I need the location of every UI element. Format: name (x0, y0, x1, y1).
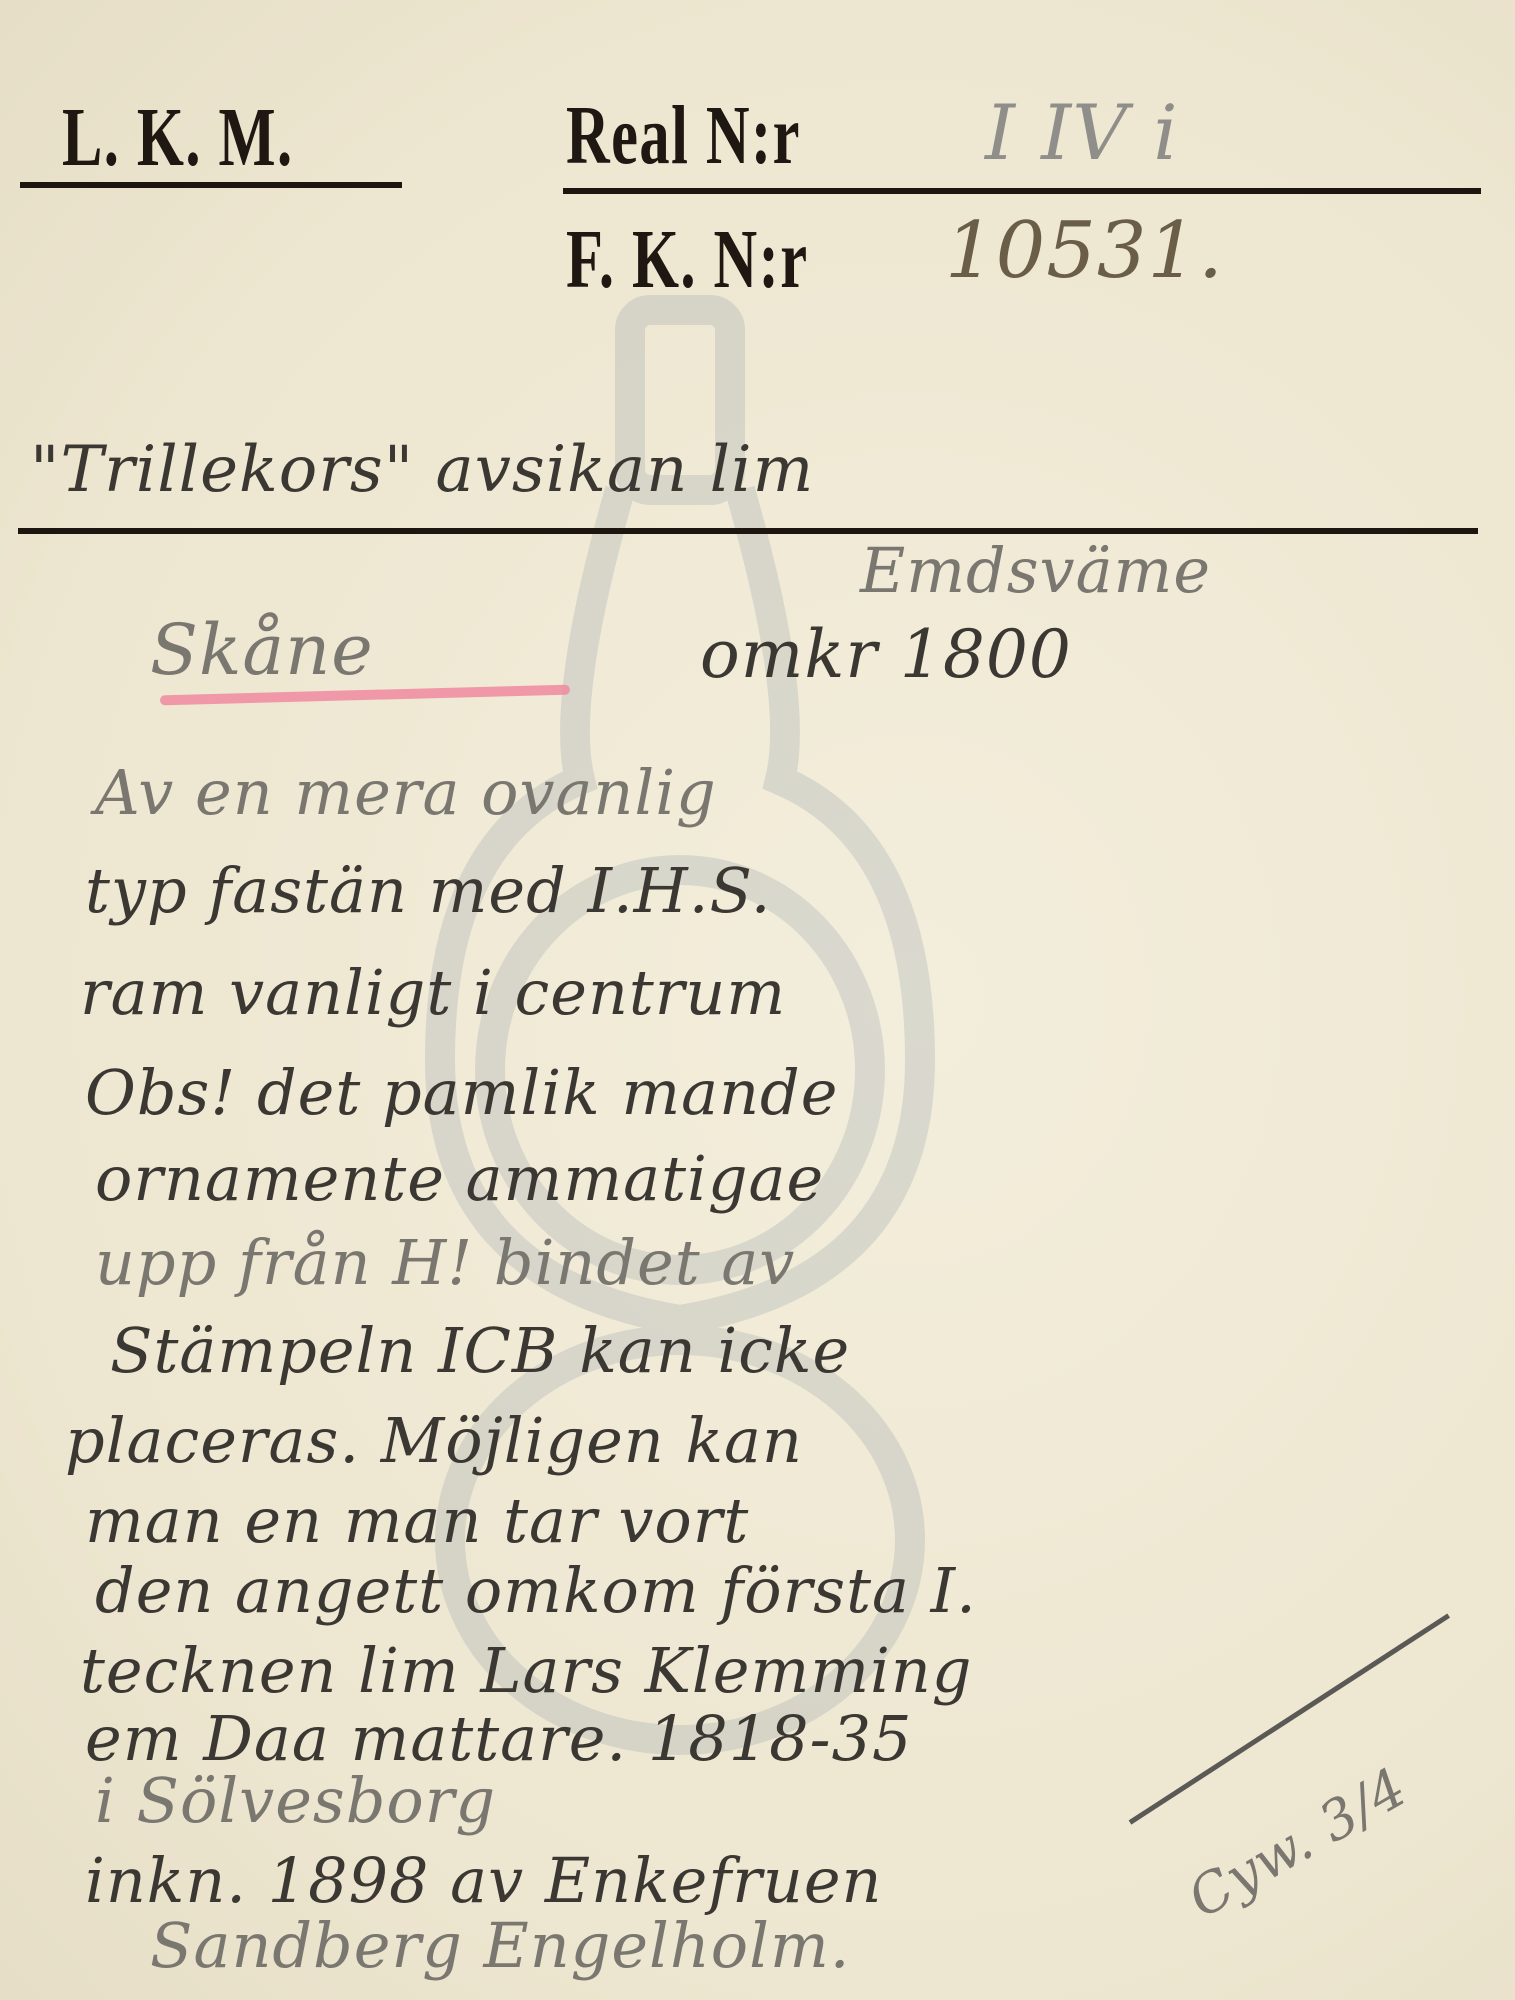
body-line: upp från H! bindet av (95, 1232, 795, 1294)
title-rule (18, 528, 1478, 534)
object-title-continued: Emdsväme (860, 540, 1211, 602)
date-label: omkr 1800 (700, 622, 1072, 688)
signature: Cyw. 3/4 (1180, 1760, 1416, 1927)
body-line: typ fastän med I.H.S. (85, 860, 771, 922)
body-line: em Daa mattare. 1818-35 (85, 1708, 912, 1770)
fk-nr-value: 10531. (945, 212, 1224, 290)
body-line: man en man tar vort (85, 1490, 749, 1552)
header-rule-left (20, 182, 402, 188)
acquisition-line: Sandberg Engelholm. (150, 1915, 850, 1977)
real-nr-label: Real N:r (566, 94, 801, 178)
real-nr-value: I IV i (985, 95, 1179, 171)
body-line: tecknen lim Lars Klemming (80, 1640, 973, 1702)
header-rule-right (563, 188, 1481, 194)
place-label: Skåne (150, 615, 374, 685)
body-line: den angett omkom första I. (95, 1560, 977, 1622)
museum-abbrev: L. K. M. (62, 96, 294, 180)
fk-nr-label: F. K. N:r (566, 218, 809, 302)
body-line: Obs! det pamlik mande (85, 1062, 838, 1124)
catalogue-card: L. K. M. Real N:r I IV i F. K. N:r 10531… (0, 0, 1515, 2000)
body-line: ram vanligt i centrum (80, 962, 786, 1024)
acquisition-line: inkn. 1898 av Enkefruen (85, 1850, 882, 1912)
body-line: i Sölvesborg (95, 1770, 496, 1832)
body-line: ornamente ammatigae (95, 1148, 824, 1210)
body-line: Av en mera ovanlig (95, 762, 717, 824)
body-line: placeras. Möjligen kan (65, 1410, 803, 1472)
body-line: Stämpeln ICB kan icke (110, 1320, 850, 1382)
object-title: "Trillekors" avsikan lim (30, 438, 814, 502)
